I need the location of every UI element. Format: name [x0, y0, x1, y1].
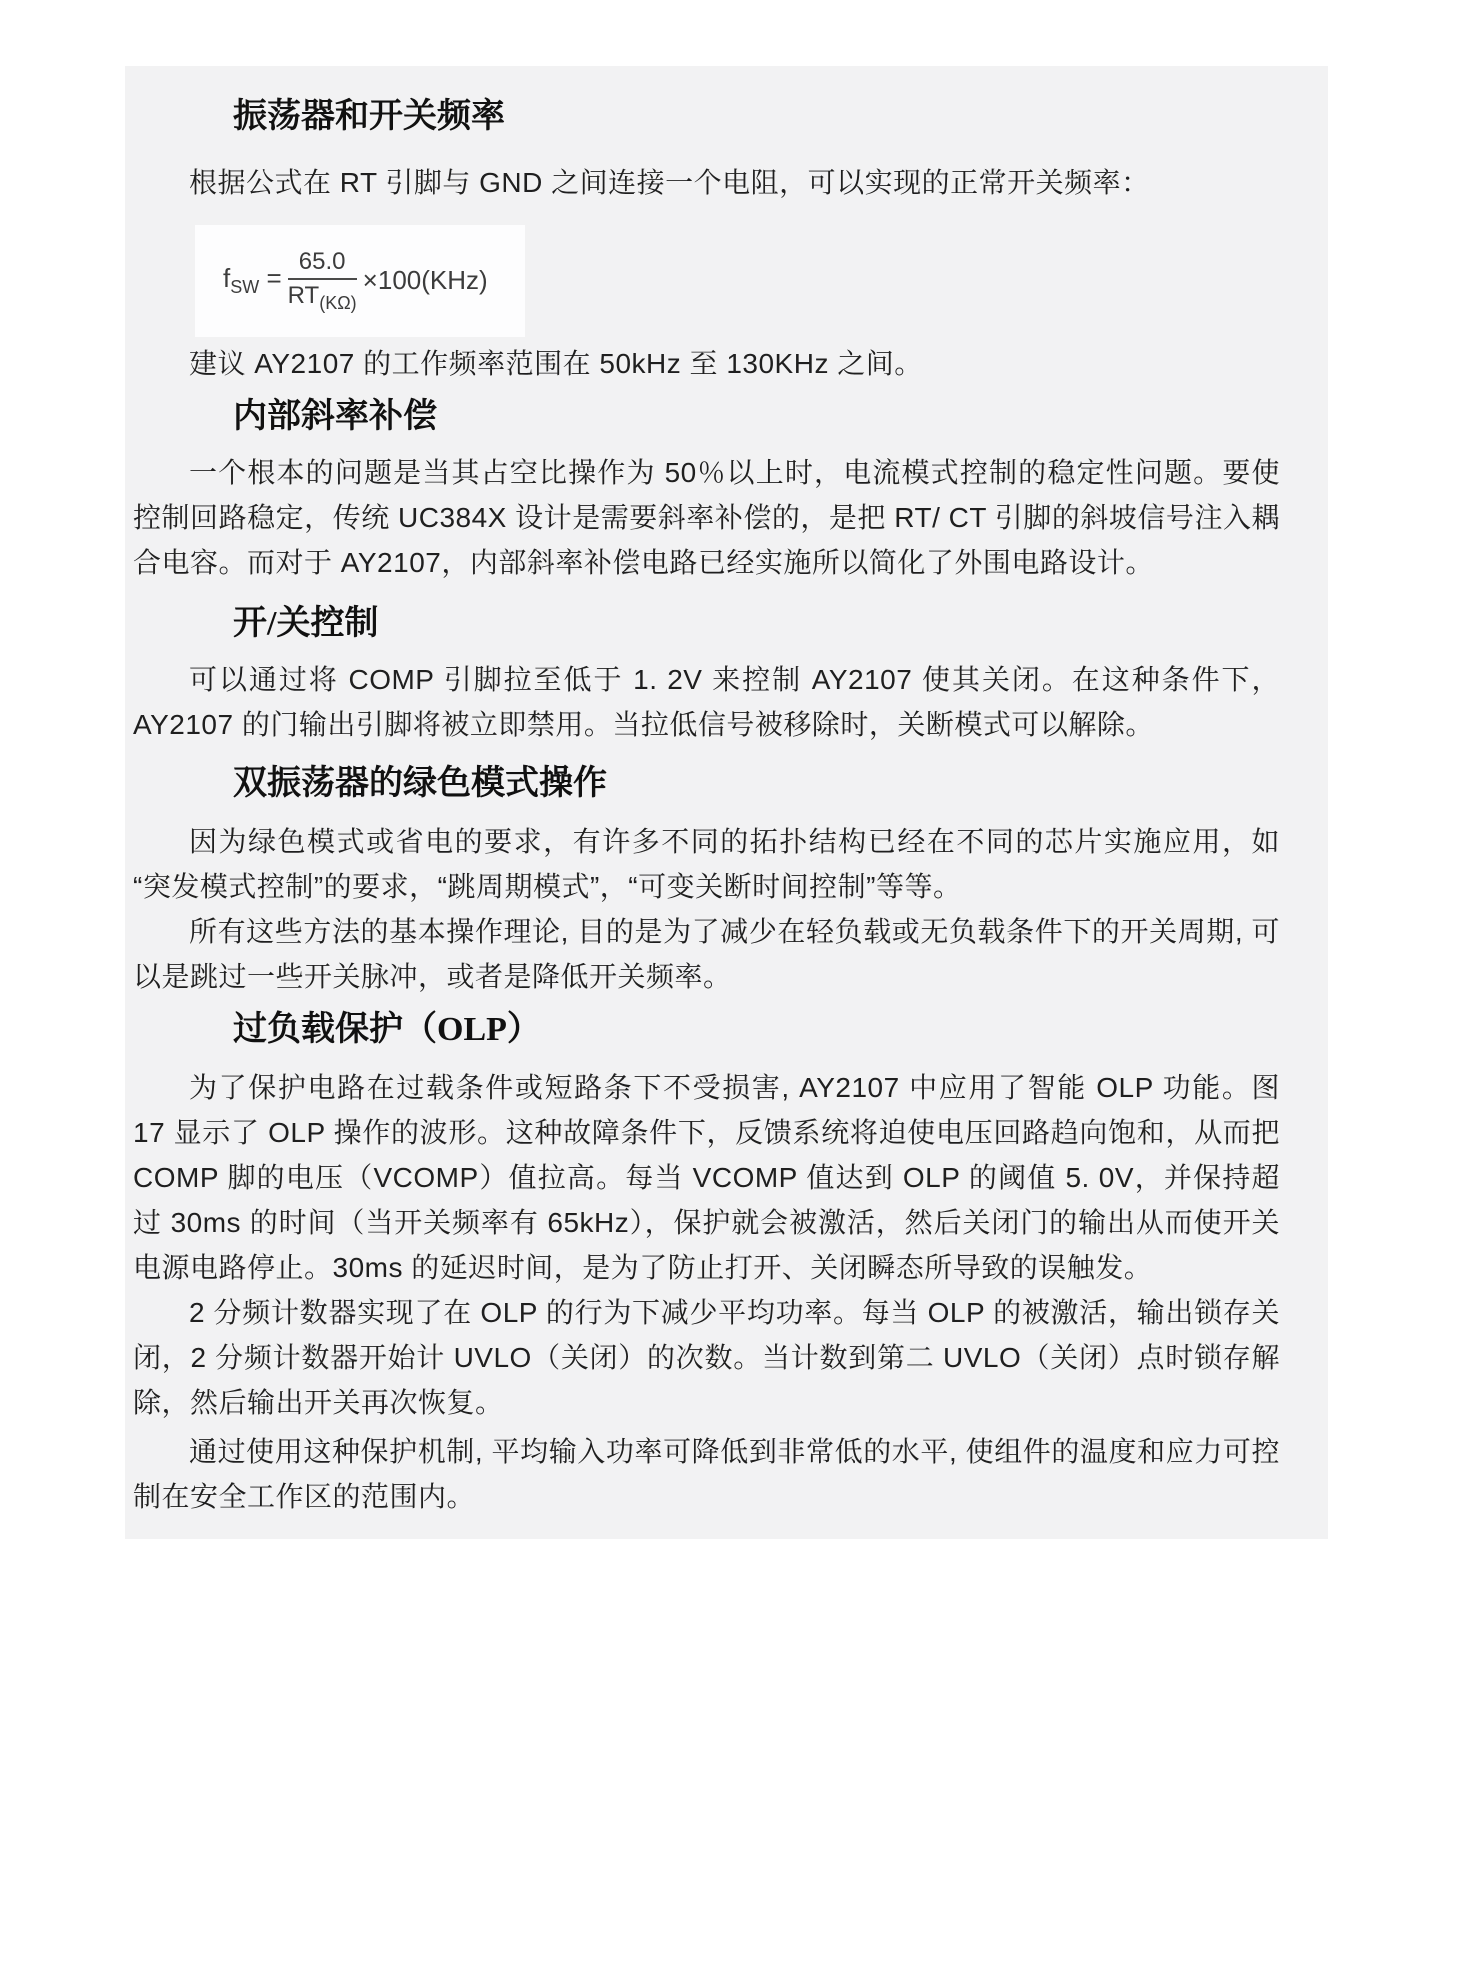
para-olp-3: 通过使用这种保护机制, 平均输入功率可降低到非常低的水平, 使组件的温度和应力可…	[133, 1429, 1280, 1519]
para-frequency-range: 建议 AY2107 的工作频率范围在 50kHz 至 130KHz 之间。	[133, 341, 1280, 386]
heading-oscillator-switching-frequency: 振荡器和开关频率	[133, 92, 1280, 142]
formula-denominator-subscript: (KΩ)	[319, 293, 356, 313]
formula-image: fSW =65.0RT(KΩ)×100(KHz)	[195, 225, 525, 337]
formula-denominator: RT(KΩ)	[288, 280, 357, 314]
para-formula-intro: 根据公式在 RT 引脚与 GND 之间连接一个电阻，可以实现的正常开关频率：	[133, 160, 1280, 205]
heading-overload-protection: 过负载保护（OLP）	[133, 1005, 1280, 1055]
para-olp-2: 2 分频计数器实现了在 OLP 的行为下减少平均功率。每当 OLP 的被激活，输…	[133, 1290, 1280, 1425]
para-green-mode-2: 所有这些方法的基本操作理论, 目的是为了减少在轻负载或无负载条件下的开关周期, …	[133, 909, 1280, 999]
para-slope-compensation: 一个根本的问题是当其占空比操作为 50％以上时，电流模式控制的稳定性问题。要使控…	[133, 450, 1280, 585]
formula-equals: =	[266, 263, 281, 293]
heading-on-off-control: 开/关控制	[133, 599, 1280, 649]
document-page: 振荡器和开关频率 根据公式在 RT 引脚与 GND 之间连接一个电阻，可以实现的…	[125, 66, 1328, 1539]
para-on-off-control: 可以通过将 COMP 引脚拉至低于 1. 2V 来控制 AY2107 使其关闭。…	[133, 657, 1280, 747]
formula-lhs-subscript: SW	[230, 278, 259, 298]
heading-internal-slope-compensation: 内部斜率补偿	[133, 392, 1280, 442]
switching-frequency-formula: fSW =65.0RT(KΩ)×100(KHz)	[223, 248, 488, 314]
heading-green-mode-operation: 双振荡器的绿色模式操作	[133, 759, 1280, 809]
para-green-mode-1: 因为绿色模式或省电的要求，有许多不同的拓扑结构已经在不同的芯片实施应用，如“突发…	[133, 819, 1280, 909]
formula-rhs: ×100(KHz)	[363, 265, 488, 296]
formula-numerator: 65.0	[288, 248, 357, 280]
para-olp-1: 为了保护电路在过载条件或短路条下不受损害, AY2107 中应用了智能 OLP …	[133, 1065, 1280, 1290]
formula-lhs: fSW =	[223, 263, 282, 298]
formula-fraction: 65.0RT(KΩ)	[288, 248, 357, 314]
